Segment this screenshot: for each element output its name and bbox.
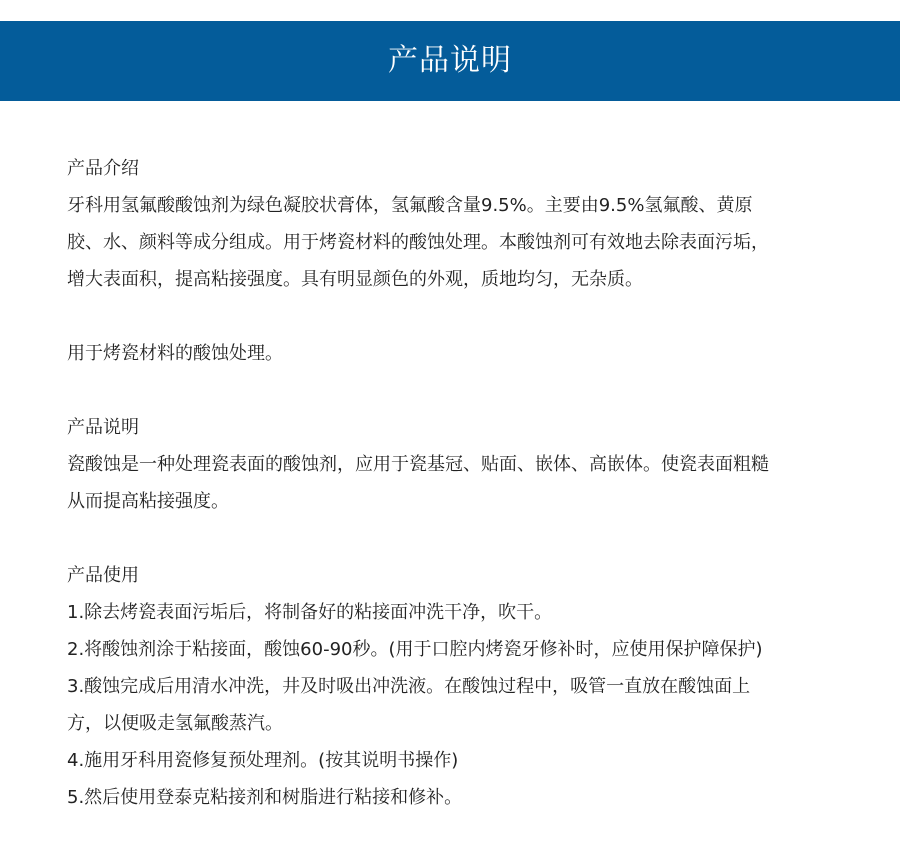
paragraph-line: 瓷酸蚀是一种处理瓷表面的酸蚀剂，应用于瓷基冠、贴面、嵌体、高嵌体。使瓷表面粗糙 [67,446,867,483]
step-item: 4.施用牙科用瓷修复预处理剂。(按其说明书操作) [67,742,867,779]
header-banner: 产品说明 [0,21,900,101]
step-item-continuation: 方，以便吸走氢氟酸蒸汽。 [67,705,867,742]
step-item: 3.酸蚀完成后用清水冲洗，井及时吸出冲洗液。在酸蚀过程中，吸管一直放在酸蚀面上 [67,668,867,705]
spacer [67,372,867,409]
section-product-description: 产品说明 瓷酸蚀是一种处理瓷表面的酸蚀剂，应用于瓷基冠、贴面、嵌体、高嵌体。使瓷… [67,409,867,520]
paragraph-line: 牙科用氢氟酸酸蚀剂为绿色凝胶状膏体，氢氟酸含量9.5%。主要由9.5%氢氟酸、黄… [67,187,867,224]
section-heading: 产品使用 [67,557,867,594]
section-heading: 产品介绍 [67,150,867,187]
spacer [67,520,867,557]
paragraph-line: 用于烤瓷材料的酸蚀处理。 [67,335,867,372]
section-product-intro: 产品介绍 牙科用氢氟酸酸蚀剂为绿色凝胶状膏体，氢氟酸含量9.5%。主要由9.5%… [67,150,867,298]
step-item: 1.除去烤瓷表面污垢后，将制备好的粘接面冲洗干净，吹干。 [67,594,867,631]
section-usage-summary: 用于烤瓷材料的酸蚀处理。 [67,335,867,372]
paragraph-line: 增大表面积，提高粘接强度。具有明显颜色的外观，质地均匀，无杂质。 [67,261,867,298]
section-heading: 产品说明 [67,409,867,446]
section-product-usage: 产品使用 1.除去烤瓷表面污垢后，将制备好的粘接面冲洗干净，吹干。 2.将酸蚀剂… [67,557,867,816]
paragraph-line: 从而提高粘接强度。 [67,483,867,520]
step-item: 2.将酸蚀剂涂于粘接面，酸蚀60-90秒。(用于口腔内烤瓷牙修补时，应使用保护障… [67,631,867,668]
paragraph-line: 胶、水、颜料等成分组成。用于烤瓷材料的酸蚀处理。本酸蚀剂可有效地去除表面污垢， [67,224,867,261]
step-item: 5.然后使用登泰克粘接剂和树脂进行粘接和修补。 [67,779,867,816]
spacer [67,298,867,335]
document-body: 产品介绍 牙科用氢氟酸酸蚀剂为绿色凝胶状膏体，氢氟酸含量9.5%。主要由9.5%… [67,150,867,816]
page-title: 产品说明 [388,46,512,76]
